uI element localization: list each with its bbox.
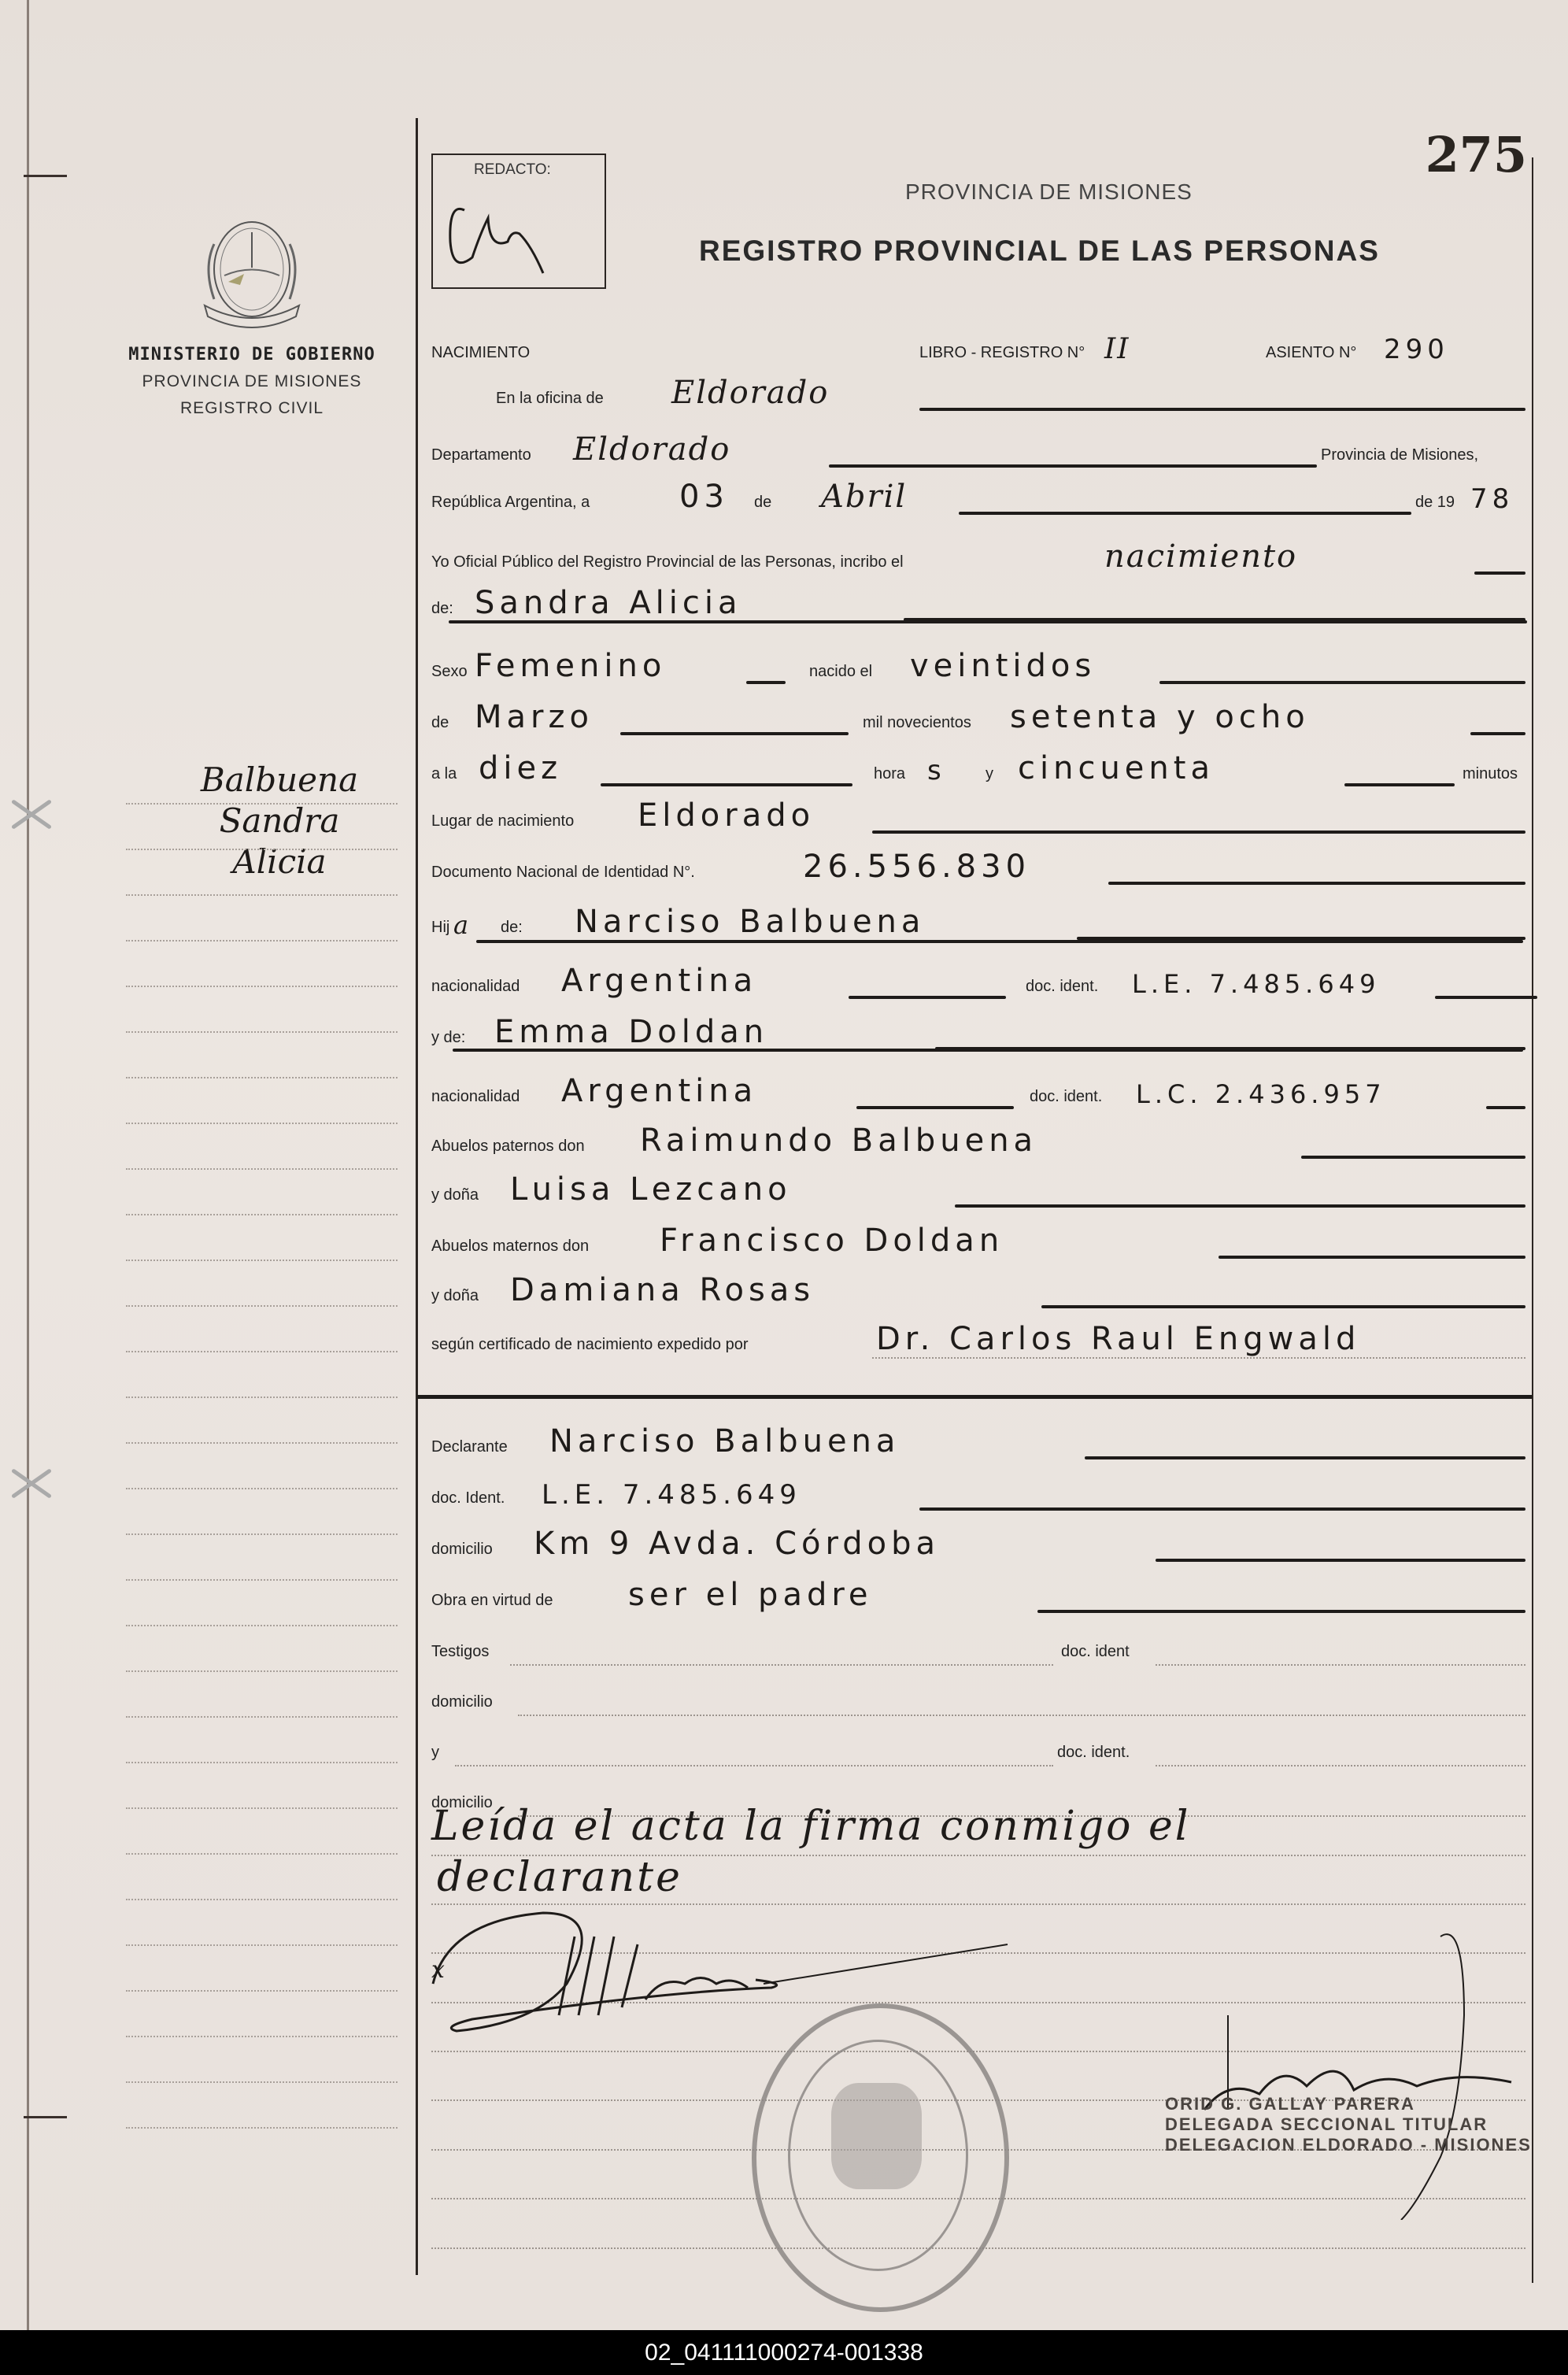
folio-number: 275 bbox=[1426, 126, 1527, 183]
maternal-grandmother-value: Damiana Rosas bbox=[510, 1272, 815, 1308]
obra-label: Obra en virtud de bbox=[431, 1592, 553, 1610]
abuelos-paternos-label: Abuelos paternos don bbox=[431, 1138, 585, 1156]
ministry-title: MINISTERIO DE GOBIERNO bbox=[102, 345, 401, 364]
horas-suffix: s bbox=[927, 755, 946, 786]
margin-ruled-lines bbox=[126, 803, 398, 2173]
departamento-row: Departamento Eldorado Provincia de Misio… bbox=[431, 425, 1525, 472]
testigos-domicilio-label: domicilio bbox=[431, 1693, 493, 1711]
father-row: Hij a de: Narciso Balbuena bbox=[431, 897, 1525, 945]
nacido-label: nacido el bbox=[809, 663, 872, 681]
binding-stitch-icon bbox=[4, 1460, 59, 1507]
margin-surname: Balbuena bbox=[150, 760, 409, 801]
binding-stitch-icon bbox=[4, 791, 59, 838]
register-page: MINISTERIO DE GOBIERNO PROVINCIA DE MISI… bbox=[0, 0, 1568, 2330]
obra-row: Obra en virtud de ser el padre bbox=[431, 1570, 1525, 1618]
de-name-label: de: bbox=[431, 600, 453, 618]
mil-novecientos-label: mil novecientos bbox=[863, 714, 971, 732]
left-province: PROVINCIA DE MISIONES bbox=[102, 372, 401, 391]
child-name-value: Sandra Alicia bbox=[475, 585, 742, 621]
hour-row: a la diez hora s y cincuenta minutos bbox=[431, 744, 1525, 791]
certificado-value: Dr. Carlos Raul Engwald bbox=[876, 1321, 1360, 1357]
day-value: 03 bbox=[679, 479, 729, 515]
sexo-label: Sexo bbox=[431, 663, 468, 681]
redacto-initials-icon bbox=[433, 155, 605, 287]
oficial-value: nacimiento bbox=[1104, 538, 1297, 575]
paternal-grandfather-row: Abuelos paternos don Raimundo Balbuena bbox=[431, 1116, 1525, 1163]
abuelos-maternos-label: Abuelos maternos don bbox=[431, 1237, 589, 1256]
maternal-grandfather-value: Francisco Doldan bbox=[660, 1223, 1004, 1259]
maternal-grandmother-row: y doña Damiana Rosas bbox=[431, 1266, 1525, 1313]
de-label: de bbox=[754, 494, 771, 512]
oficina-row: En la oficina de Eldorado bbox=[431, 368, 1525, 416]
declarante-label: Declarante bbox=[431, 1438, 508, 1456]
horas-label: hora bbox=[874, 765, 905, 783]
mother-nationality-value: Argentina bbox=[561, 1073, 757, 1109]
nacionalidad-label: nacionalidad bbox=[431, 1088, 520, 1106]
mother-nationality-row: nacionalidad Argentina doc. ident. L.C. … bbox=[431, 1067, 1525, 1114]
binding-edge bbox=[27, 0, 29, 2330]
registry-seal-stamp bbox=[752, 2003, 1009, 2312]
binding-notch bbox=[24, 175, 67, 177]
maternal-grandfather-row: Abuelos maternos don Francisco Doldan bbox=[431, 1216, 1525, 1263]
y-witness-label: y bbox=[431, 1744, 439, 1762]
closing-text-line1: Leída el acta la firma conmigo el bbox=[431, 1803, 1190, 1850]
dni-label: Documento Nacional de Identidad N°. bbox=[431, 864, 695, 882]
lugar-label: Lugar de nacimiento bbox=[431, 812, 574, 831]
section-divider bbox=[417, 1395, 1532, 1399]
month-value: Abril bbox=[821, 479, 907, 515]
registry-title: REGISTRO PROVINCIAL DE LAS PERSONAS bbox=[699, 235, 1380, 268]
hijo-suffix: a bbox=[453, 910, 470, 940]
official-stamp-line2: DELEGADA SECCIONAL TITULAR bbox=[1165, 2114, 1532, 2135]
testigos-doc-label: doc. ident bbox=[1061, 1643, 1130, 1661]
y-de-label: y de: bbox=[431, 1029, 465, 1047]
father-nationality-value: Argentina bbox=[561, 963, 757, 999]
column-divider bbox=[416, 118, 418, 2275]
libro-label: LIBRO - REGISTRO N° bbox=[919, 344, 1085, 362]
departamento-value: Eldorado bbox=[573, 431, 730, 468]
testigos-domicilio-row: domicilio bbox=[431, 1672, 1525, 1719]
obra-value: ser el padre bbox=[628, 1577, 873, 1613]
asiento-label: ASIENTO N° bbox=[1266, 344, 1356, 362]
witness2-row: y doc. ident. bbox=[431, 1722, 1525, 1770]
act-type-label: NACIMIENTO bbox=[431, 344, 530, 362]
year-prefix: de 19 bbox=[1415, 494, 1455, 512]
domicilio-value: Km 9 Avda. Córdoba bbox=[534, 1526, 940, 1562]
declarante-doc-row: doc. Ident. L.E. 7.485.649 bbox=[431, 1468, 1525, 1515]
act-header-row: NACIMIENTO LIBRO - REGISTRO N° II ASIENT… bbox=[431, 323, 1525, 370]
redacto-box: REDACTO: bbox=[431, 154, 606, 289]
nacionalidad-label: nacionalidad bbox=[431, 978, 520, 996]
certificado-label: según certificado de nacimiento expedido… bbox=[431, 1336, 748, 1354]
binding-notch bbox=[24, 2116, 67, 2118]
asiento-value: 290 bbox=[1384, 334, 1449, 365]
provincia-suffix: Provincia de Misiones, bbox=[1321, 446, 1478, 464]
y-dona-label: y doña bbox=[431, 1186, 479, 1204]
paternal-grandmother-row: y doña Luisa Lezcano bbox=[431, 1165, 1525, 1212]
birth-year-value: setenta y ocho bbox=[1010, 699, 1310, 735]
testigos-label: Testigos bbox=[431, 1643, 489, 1661]
mother-row: y de: Emma Doldan bbox=[431, 1008, 1525, 1055]
a-la-label: a la bbox=[431, 765, 457, 783]
sexo-value: Femenino bbox=[475, 648, 666, 684]
lugar-value: Eldorado bbox=[638, 797, 815, 834]
official-stamp-line3: DELEGACION ELDORADO - MISIONES bbox=[1165, 2135, 1532, 2155]
oficial-row: Yo Oficial Público del Registro Provinci… bbox=[431, 532, 1525, 579]
dni-row: Documento Nacional de Identidad N°. 26.5… bbox=[431, 842, 1525, 890]
province-header: PROVINCIA DE MISIONES bbox=[905, 179, 1193, 205]
witness2-doc-label: doc. ident. bbox=[1057, 1744, 1130, 1762]
declarante-doc-label: doc. Ident. bbox=[431, 1489, 505, 1507]
libro-value: II bbox=[1104, 333, 1130, 365]
paternal-grandfather-value: Raimundo Balbuena bbox=[640, 1123, 1037, 1159]
declarante-row: Declarante Narciso Balbuena bbox=[431, 1417, 1525, 1464]
doc-ident-label: doc. ident. bbox=[1030, 1088, 1102, 1106]
mother-doc-value: L.C. 2.436.957 bbox=[1136, 1079, 1386, 1109]
thumbprint bbox=[831, 2083, 922, 2189]
official-signature-icon bbox=[1181, 1921, 1535, 2220]
left-header: MINISTERIO DE GOBIERNO PROVINCIA DE MISI… bbox=[102, 213, 401, 418]
declarante-doc-value: L.E. 7.485.649 bbox=[542, 1479, 801, 1511]
minutes-value: cincuenta bbox=[1018, 750, 1215, 786]
lugar-row: Lugar de nacimiento Eldorado bbox=[431, 791, 1525, 838]
official-stamp-line1: ORID G. GALLAY PARERA bbox=[1165, 2094, 1532, 2114]
certificado-row: según certificado de nacimiento expedido… bbox=[431, 1315, 1525, 1362]
year-value: 78 bbox=[1470, 483, 1514, 515]
hijo-de-label: de: bbox=[501, 919, 523, 937]
oficial-label: Yo Oficial Público del Registro Provinci… bbox=[431, 553, 904, 572]
left-civil-registry: REGISTRO CIVIL bbox=[102, 399, 401, 418]
republica-label: República Argentina, a bbox=[431, 494, 590, 512]
minutos-label: minutos bbox=[1463, 765, 1518, 783]
y-label: y bbox=[986, 765, 993, 783]
image-code-footer: 02_041111000274-001338 bbox=[0, 2330, 1568, 2375]
father-nationality-row: nacionalidad Argentina doc. ident. L.E. … bbox=[431, 956, 1525, 1004]
doc-ident-label: doc. ident. bbox=[1026, 978, 1098, 996]
hijo-label: Hij bbox=[431, 919, 449, 937]
official-name-stamp: ORID G. GALLAY PARERA DELEGADA SECCIONAL… bbox=[1165, 2094, 1532, 2155]
oficina-label: En la oficina de bbox=[496, 390, 604, 408]
nacido-value: veintidos bbox=[910, 648, 1096, 684]
oficina-value: Eldorado bbox=[671, 375, 829, 411]
mother-name-value: Emma Doldan bbox=[494, 1014, 768, 1050]
declarante-value: Narciso Balbuena bbox=[549, 1423, 900, 1459]
paternal-grandmother-value: Luisa Lezcano bbox=[510, 1171, 792, 1208]
fecha-row: República Argentina, a 03 de Abril de 19… bbox=[431, 472, 1525, 520]
birth-month-value: Marzo bbox=[475, 699, 594, 735]
name-row: de: Sandra Alicia bbox=[431, 579, 1525, 626]
hour-value: diez bbox=[479, 750, 562, 786]
de-month-label: de bbox=[431, 714, 449, 732]
dni-value: 26.556.830 bbox=[803, 849, 1030, 885]
declarante-domicilio-row: domicilio Km 9 Avda. Córdoba bbox=[431, 1519, 1525, 1567]
domicilio-label: domicilio bbox=[431, 1541, 493, 1559]
birth-month-row: de Marzo mil novecientos setenta y ocho bbox=[431, 693, 1525, 740]
father-doc-value: L.E. 7.485.649 bbox=[1132, 969, 1380, 999]
y-dona-label: y doña bbox=[431, 1287, 479, 1305]
father-name-value: Narciso Balbuena bbox=[575, 904, 925, 940]
province-seal-icon bbox=[197, 213, 307, 331]
sexo-row: Sexo Femenino nacido el veintidos bbox=[431, 642, 1525, 689]
testigos-row: Testigos doc. ident bbox=[431, 1622, 1525, 1669]
departamento-label: Departamento bbox=[431, 446, 531, 464]
